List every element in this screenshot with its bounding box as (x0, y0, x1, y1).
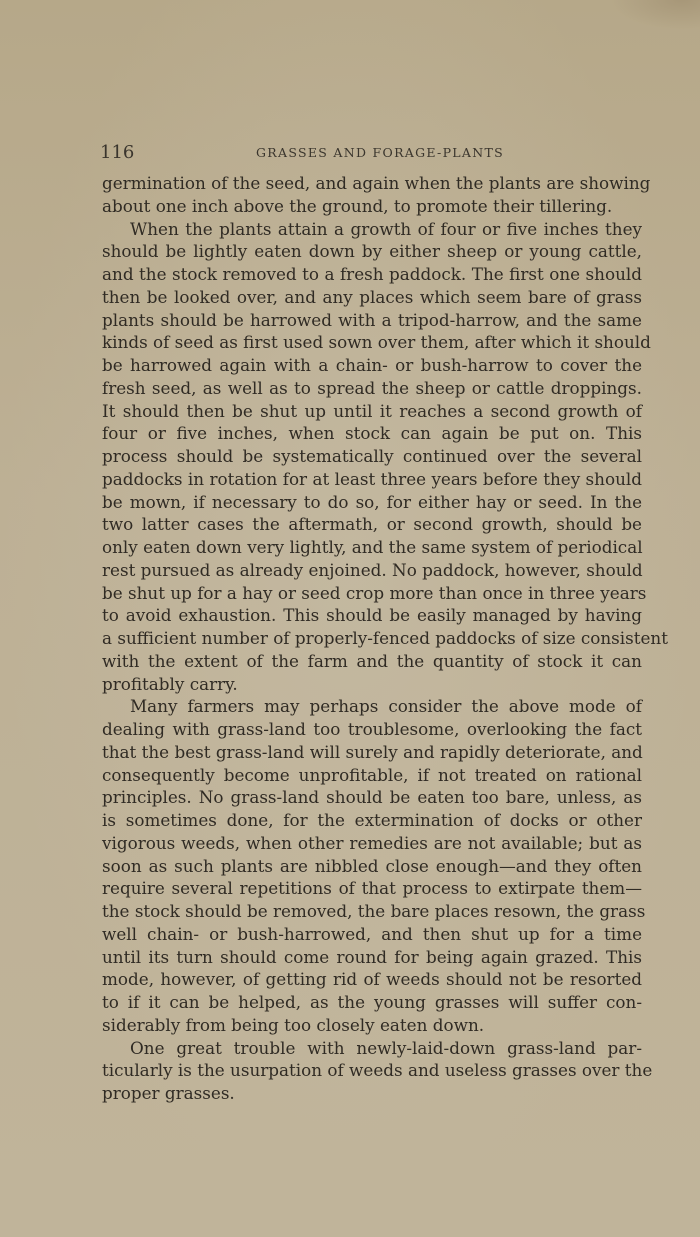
text-line: about one inch above the ground, to prom… (102, 195, 642, 218)
text-line: and the stock removed to a fresh paddock… (102, 263, 642, 286)
text-line: be mown, if necessary to do so, for eith… (102, 491, 642, 514)
text-line: four or five inches, when stock can agai… (102, 422, 642, 445)
text-line: a sufficient number of properly-fenced p… (102, 627, 642, 650)
text-line: plants should be harrowed with a tripod-… (102, 309, 642, 332)
text-line: the stock should be removed, the bare pl… (102, 900, 642, 923)
text-line: is sometimes done, for the extermination… (102, 809, 642, 832)
text-line: until its turn should come round for bei… (102, 946, 642, 969)
paragraph: When the plants attain a growth of four … (102, 218, 642, 696)
text-line: be harrowed again with a chain- or bush-… (102, 354, 642, 377)
text-line: profitably carry. (102, 673, 642, 696)
text-line: consequently become unprofitable, if not… (102, 764, 642, 787)
text-line: process should be systematically continu… (102, 445, 642, 468)
book-page: 116 GRASSES AND FORAGE-PLANTS germinatio… (0, 0, 700, 1237)
running-title: GRASSES AND FORAGE-PLANTS (256, 145, 504, 160)
page-number: 116 (100, 142, 134, 163)
running-head: 116 GRASSES AND FORAGE-PLANTS (100, 142, 640, 166)
paragraph: One great trouble with newly-laid-down g… (102, 1037, 642, 1105)
paragraph: germination of the seed, and again when … (102, 172, 642, 218)
text-line: to avoid exhaustion. This should be easi… (102, 604, 642, 627)
text-line: rest pursued as already enjoined. No pad… (102, 559, 642, 582)
text-line: One great trouble with newly-laid-down g… (102, 1037, 642, 1060)
text-line: siderably from being too closely eaten d… (102, 1014, 642, 1037)
text-line: then be looked over, and any places whic… (102, 286, 642, 309)
text-line: principles. No grass-land should be eate… (102, 786, 642, 809)
text-line: soon as such plants are nibbled close en… (102, 855, 642, 878)
text-line: two latter cases the aftermath, or secon… (102, 513, 642, 536)
text-line: dealing with grass-land too troublesome,… (102, 718, 642, 741)
page-stain (610, 0, 700, 30)
paragraph: Many farmers may perhaps consider the ab… (102, 695, 642, 1036)
body-text: germination of the seed, and again when … (102, 172, 642, 1105)
text-line: proper grasses. (102, 1082, 642, 1105)
text-line: vigorous weeds, when other remedies are … (102, 832, 642, 855)
text-line: fresh seed, as well as to spread the she… (102, 377, 642, 400)
text-line: kinds of seed as first used sown over th… (102, 331, 642, 354)
text-line: that the best grass-land will surely and… (102, 741, 642, 764)
text-line: should be lightly eaten down by either s… (102, 240, 642, 263)
text-line: mode, however, of getting rid of weeds s… (102, 968, 642, 991)
text-line: to if it can be helped, as the young gra… (102, 991, 642, 1014)
text-line: paddocks in rotation for at least three … (102, 468, 642, 491)
text-line: ticularly is the usurpation of weeds and… (102, 1059, 642, 1082)
text-line: only eaten down very lightly, and the sa… (102, 536, 642, 559)
text-line: Many farmers may perhaps consider the ab… (102, 695, 642, 718)
text-line: well chain- or bush-harrowed, and then s… (102, 923, 642, 946)
text-line: be shut up for a hay or seed crop more t… (102, 582, 642, 605)
text-line: with the extent of the farm and the quan… (102, 650, 642, 673)
text-line: When the plants attain a growth of four … (102, 218, 642, 241)
text-line: It should then be shut up until it reach… (102, 400, 642, 423)
text-line: require several repetitions of that proc… (102, 877, 642, 900)
text-line: germination of the seed, and again when … (102, 172, 642, 195)
